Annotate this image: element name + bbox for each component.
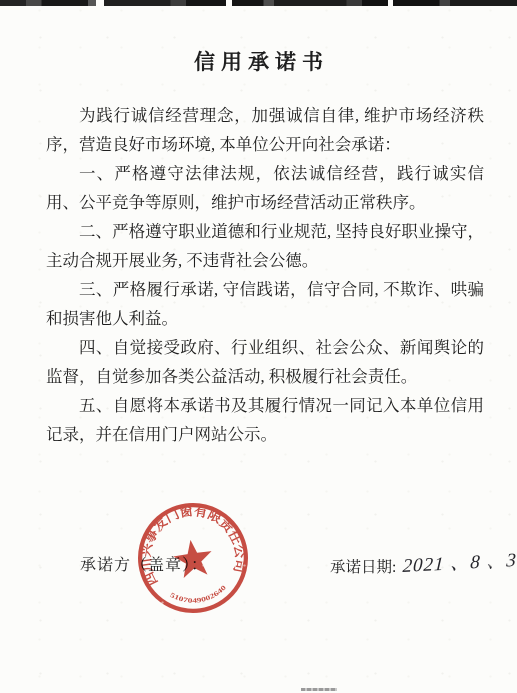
scan-band-gap — [388, 0, 393, 6]
commitment-date: 承诺日期: 2021 、8 、31 — [330, 551, 517, 578]
company-seal-graphic: 四川兴事发门窗有限责任公司 5107049002640 — [132, 497, 254, 619]
paragraph-intro: 为践行诚信经营理念，加强诚信自律, 维护市场经济秩序，营造良好市场环境, 本单位… — [46, 101, 484, 159]
scan-artifact-bottom-mark — [301, 688, 337, 691]
date-label: 承诺日期: — [330, 559, 396, 576]
seal-star-icon — [171, 537, 214, 579]
paragraph-item-2: 二、严格遵守职业道德和行业规范, 坚持良好职业操守，主动合规开展业务, 不违背社… — [46, 217, 484, 275]
scan-artifact-top-band — [0, 0, 517, 6]
paragraph-item-3: 三、严格履行承诺, 守信践诺，信守合同, 不欺诈、哄骗和损害他人利益。 — [46, 275, 484, 333]
paragraph-item-4: 四、自觉接受政府、行业组织、社会公众、新闻舆论的监督，自觉参加各类公益活动, 积… — [46, 333, 484, 391]
scan-band-gap — [96, 0, 104, 6]
scan-band-gap — [226, 0, 232, 6]
paragraph-item-1: 一、严格遵守法律法规，依法诚信经营，践行诚实信用、公平竞争等原则，维护市场经营活… — [46, 159, 484, 217]
paragraph-item-5: 五、自愿将本承诺书及其履行情况一同记入本单位信用记录，并在信用门户网站公示。 — [46, 391, 484, 449]
document-body: 为践行诚信经营理念，加强诚信自律, 维护市场经济秩序，营造良好市场环境, 本单位… — [46, 101, 484, 449]
handwritten-date: 2021 、8 、31 — [402, 544, 517, 578]
document-title: 信用承诺书 — [0, 46, 517, 76]
scanned-document-page: 信用承诺书 为践行诚信经营理念，加强诚信自律, 维护市场经济秩序，营造良好市场环… — [0, 0, 517, 693]
company-seal: 四川兴事发门窗有限责任公司 5107049002640 — [132, 497, 254, 619]
